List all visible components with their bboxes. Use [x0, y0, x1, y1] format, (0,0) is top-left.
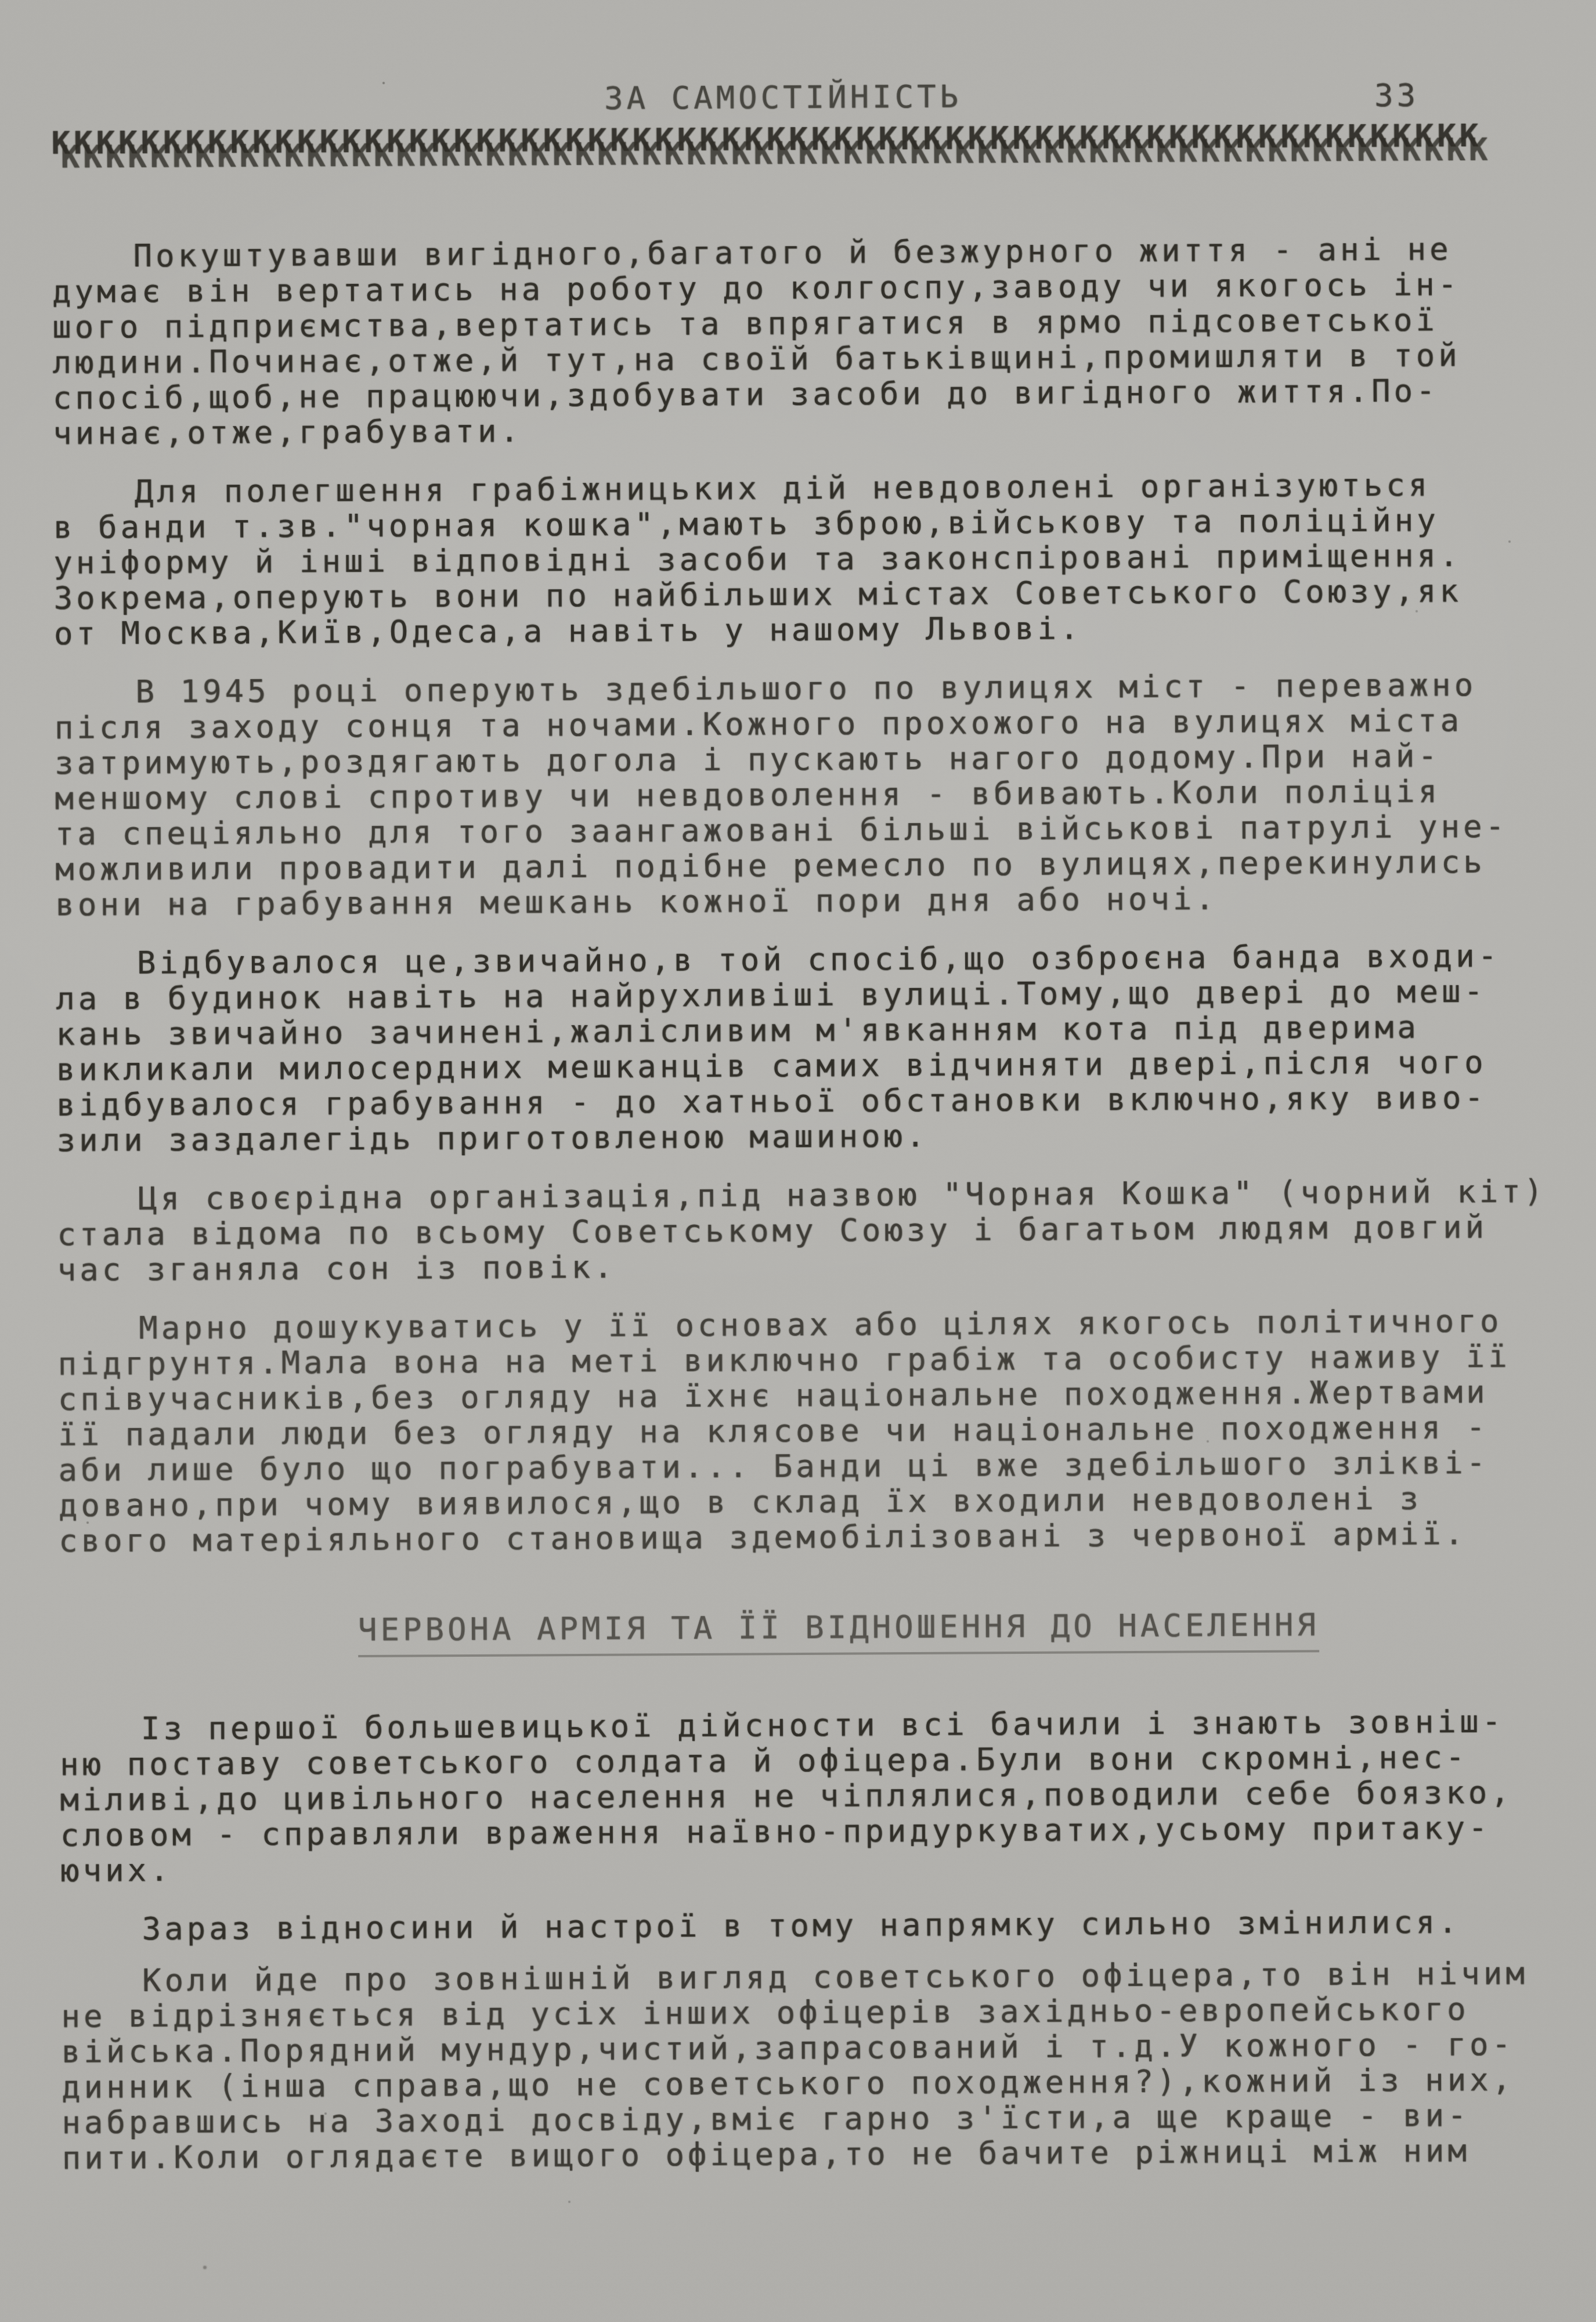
paragraph-9: Коли йде про зовнішній вигляд советськог… — [61, 1955, 1572, 2176]
masthead-title: ЗА САМОСТІЙНІСТЬ — [604, 78, 962, 117]
scanned-document-page: ЗА САМОСТІЙНІСТЬ 33 КККККККККККККККККККК… — [0, 0, 1596, 2322]
section-heading: ЧЕРВОНА АРМІЯ ТА ЇЇ ВІДНОШЕННЯ ДО НАСЕЛЕ… — [358, 1606, 1319, 1657]
typewritten-content: ЗА САМОСТІЙНІСТЬ 33 КККККККККККККККККККК… — [0, 75, 1596, 2176]
paragraph-2: Для полегшення грабіжницьких дій невдово… — [53, 466, 1565, 651]
page-number: 33 — [1374, 77, 1419, 113]
paragraph-3: В 1945 році оперують здебільшого по вули… — [54, 666, 1565, 922]
typed-divider: КККККККККККККККККККККККККККККККККККККККК… — [51, 117, 1561, 181]
paragraph-4: Відбувалося це,звичайно,в той спосіб,що … — [56, 938, 1567, 1158]
paragraph-7: Із першої большевицької дійсности всі ба… — [60, 1703, 1571, 1888]
paragraph-8: Зараз відносини й настрої в тому напрямк… — [61, 1903, 1571, 1947]
page-header: ЗА САМОСТІЙНІСТЬ 33 — [51, 75, 1561, 119]
paragraph-6: Марно дошукуватись у її основах або ціля… — [57, 1303, 1569, 1559]
typed-divider-row-2: КККККККККККККККККККККККККККККККККККККККК… — [61, 131, 1492, 175]
paragraph-5: Ця своєрідна організація,під назвою "Чор… — [57, 1173, 1568, 1288]
ink-specks — [0, 0, 1, 1]
paragraph-1: Покуштувавши вигідного,багатого й безжур… — [52, 230, 1563, 451]
